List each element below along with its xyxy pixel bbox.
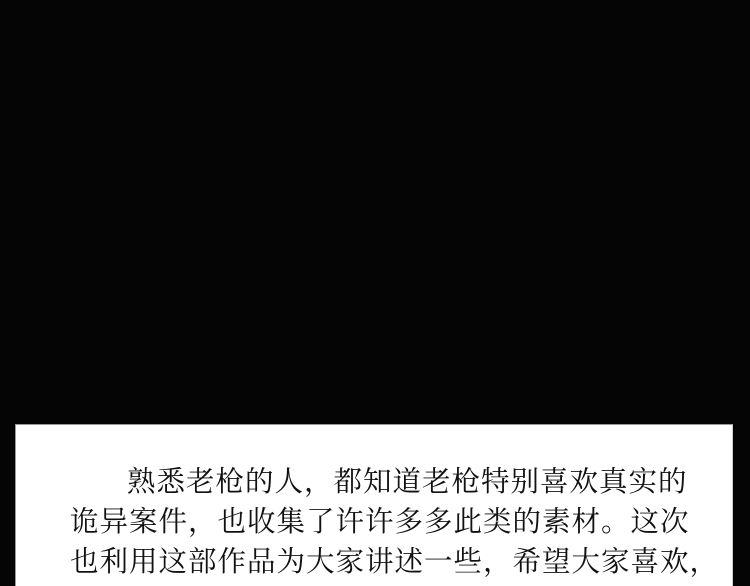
paragraph-line-2: 诡异案件，也收集了许许多多此类的素材。这次	[70, 502, 710, 542]
intro-paragraph: 熟悉老枪的人，都知道老枪特别喜欢真实的 诡异案件，也收集了许许多多此类的素材。这…	[70, 462, 710, 582]
paragraph-line-3: 也利用这部作品为大家讲述一些，希望大家喜欢，	[70, 542, 710, 582]
paragraph-line-1: 熟悉老枪的人，都知道老枪特别喜欢真实的	[70, 462, 710, 502]
